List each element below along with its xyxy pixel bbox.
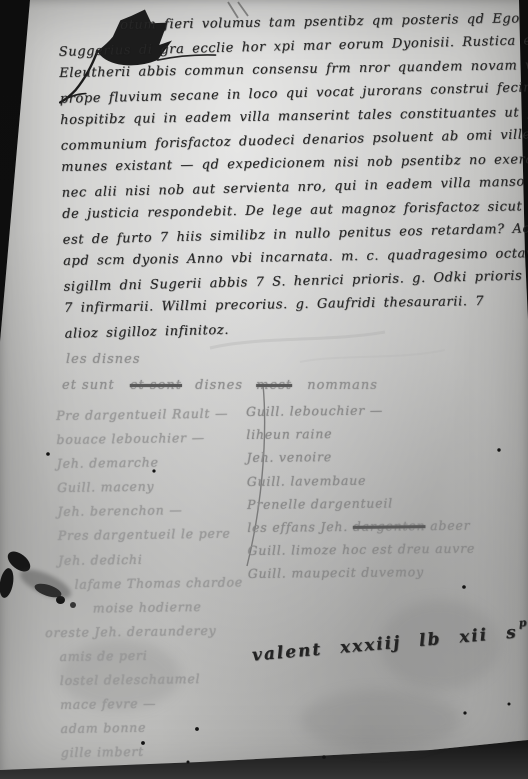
list-item-text: les effans Jeh. <box>247 519 348 535</box>
list-right-column: Guill. lebouchier — liheun raine Jeh. ve… <box>246 397 498 585</box>
list-item: lostel deleschaumel <box>60 666 260 693</box>
list-item: Jeh. berenchon — <box>57 498 257 525</box>
charter-text-block: otum fieri volumus tam psentibz qm poste… <box>58 6 528 345</box>
list-item: Jeh. dedichi <box>58 546 258 573</box>
list-item: amis de peri <box>59 642 259 669</box>
list-item: mace fevre — <box>60 690 260 717</box>
list-item: Guill. maceny <box>57 473 257 500</box>
list-item: Jeh. demarche <box>57 449 257 476</box>
list-item: oreste Jeh. deraunderey <box>45 618 259 645</box>
list-item: lafame Thomas chardoe <box>74 570 258 597</box>
list-heading: les disnes <box>66 352 141 367</box>
subheading-text: nommans <box>307 378 378 393</box>
list-item: gille imbert <box>61 738 261 765</box>
list-item: Guill. lavembaue <box>247 467 497 493</box>
subheading-text: disnes <box>195 378 243 393</box>
list-item: bouace lebouchier — <box>56 425 256 452</box>
list-item: adam bonne <box>60 714 260 741</box>
subheading-struck-word: mest <box>256 378 292 393</box>
manuscript-photo: otum fieri volumus tam psentibz qm poste… <box>0 0 528 779</box>
list-item: Jeh. venoire <box>246 444 496 470</box>
list-item: moise hodierne <box>93 594 259 620</box>
list-subheading: et sunt et sont disnes mest nommans <box>62 378 392 393</box>
valuation-superscript: p <box>518 616 528 630</box>
list-item: les effans Jeh. dargenten abeer <box>247 513 497 539</box>
list-item: Prenelle dargentueil <box>247 490 497 516</box>
ink-blot <box>70 602 76 608</box>
subheading-text: et sunt <box>62 378 115 393</box>
list-item: Guill. maupecit duvemoy <box>248 560 498 586</box>
list-item: Pre dargentueil Rault — <box>56 401 256 428</box>
stain <box>300 690 460 750</box>
list-item-struck-word: dargenten <box>353 518 426 534</box>
list-item: Guill. limoze hoc est dreu auvre <box>247 537 497 563</box>
list-item: liheun raine <box>246 421 496 447</box>
list-left-column: Pre dargentueil Rault — bouace lebouchie… <box>56 401 261 765</box>
list-item-text: abeer <box>430 518 470 533</box>
list-item: Guill. lebouchier — <box>246 397 496 423</box>
list-item: Pres dargentueil le pere <box>58 522 258 549</box>
subheading-struck-word: et sont <box>130 378 182 393</box>
